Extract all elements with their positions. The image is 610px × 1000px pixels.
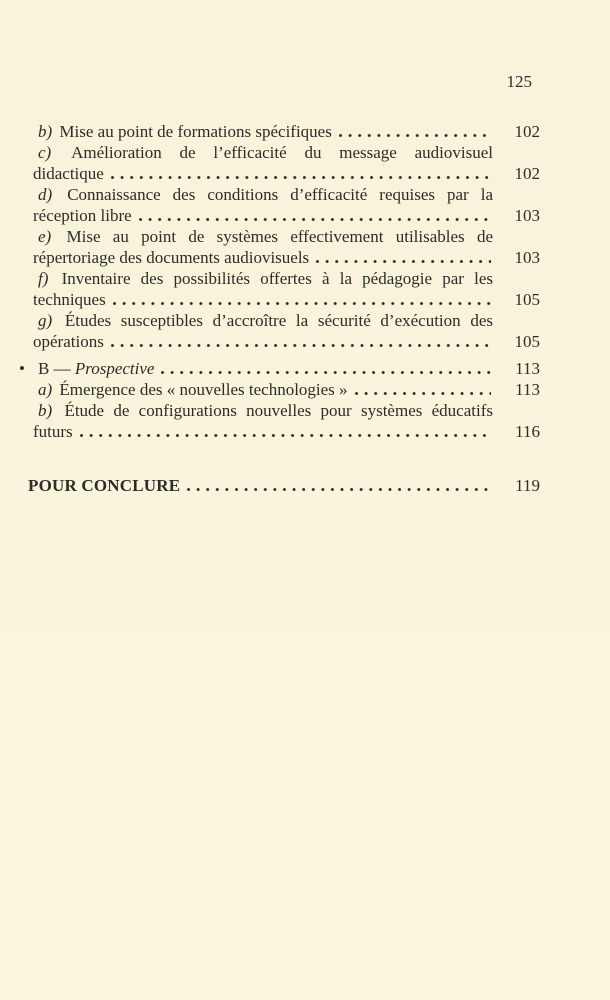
page-number: 116 bbox=[500, 421, 540, 442]
entry-text: opérations bbox=[33, 331, 104, 352]
page-number: 102 bbox=[500, 163, 540, 184]
toc-line: opérations105 bbox=[33, 331, 540, 352]
toc-line: g) Études susceptibles d’accroître la sé… bbox=[33, 310, 540, 331]
toc-line: futurs116 bbox=[33, 421, 540, 442]
toc-entry-b-formations: b) Mise au point de formations spécifiqu… bbox=[33, 121, 540, 142]
toc-line: a) Émergence des « nouvelles technologie… bbox=[33, 379, 540, 400]
entry-letter-marker: f) bbox=[38, 269, 48, 288]
entry-text: a) Émergence des « nouvelles technologie… bbox=[38, 379, 348, 400]
page-number: 103 bbox=[500, 247, 540, 268]
entry-text: didactique bbox=[33, 163, 104, 184]
dot-leader bbox=[80, 434, 491, 437]
dot-leader bbox=[316, 260, 491, 263]
toc-entry-a-emergence: a) Émergence des « nouvelles technologie… bbox=[33, 379, 540, 400]
toc-line: b) Mise au point de formations spécifiqu… bbox=[33, 121, 540, 142]
dot-leader bbox=[113, 302, 491, 305]
entry-text: b) Mise au point de formations spécifiqu… bbox=[38, 121, 332, 142]
entry-letter-marker: c) bbox=[38, 143, 51, 162]
toc-line: f) Inventaire des possibilités offertes … bbox=[33, 268, 540, 289]
entry-text: réception libre bbox=[33, 205, 132, 226]
page-header-number: 125 bbox=[507, 72, 533, 91]
page-number: 113 bbox=[500, 358, 540, 379]
toc-entry-b-prospective: •B — Prospective 113 bbox=[33, 358, 540, 379]
entry-letter-marker: e) bbox=[38, 227, 51, 246]
toc-line: •B — Prospective 113 bbox=[33, 358, 540, 379]
dot-leader bbox=[187, 488, 491, 491]
dot-leader bbox=[355, 392, 491, 395]
toc-line: techniques105 bbox=[33, 289, 540, 310]
entry-text: répertoriage des documents audiovisuels bbox=[33, 247, 309, 268]
toc-line: c) Amélioration de l’efficacité du messa… bbox=[33, 142, 540, 163]
toc-line: didactique102 bbox=[33, 163, 540, 184]
dot-leader bbox=[139, 218, 491, 221]
dot-leader bbox=[161, 371, 491, 374]
dot-leader bbox=[111, 344, 491, 347]
entry-text: futurs bbox=[33, 421, 73, 442]
entry-letter-marker: a) bbox=[38, 380, 52, 399]
toc-entry-b-etude: b) Étude de configurations nouvelles pou… bbox=[33, 400, 540, 442]
page-number: 103 bbox=[500, 205, 540, 226]
entry-text: POUR CONCLURE bbox=[28, 475, 180, 496]
toc-line: réception libre103 bbox=[33, 205, 540, 226]
entry-letter-marker: b) bbox=[38, 122, 52, 141]
page-header: 125 bbox=[0, 0, 610, 92]
scanned-book-page: 125 b) Mise au point de formations spéci… bbox=[0, 0, 610, 1000]
page-number: 105 bbox=[500, 331, 540, 352]
page-number: 119 bbox=[500, 475, 540, 496]
toc-list: b) Mise au point de formations spécifiqu… bbox=[33, 121, 540, 496]
toc-entry-e-mise-au-point: e) Mise au point de systèmes effectiveme… bbox=[33, 226, 540, 268]
page-number: 102 bbox=[500, 121, 540, 142]
dot-leader bbox=[339, 134, 491, 137]
toc-line: POUR CONCLURE119 bbox=[28, 475, 540, 496]
toc-line: b) Étude de configurations nouvelles pou… bbox=[33, 400, 540, 421]
toc-line: e) Mise au point de systèmes effectiveme… bbox=[33, 226, 540, 247]
entry-text: techniques bbox=[33, 289, 106, 310]
entry-letter-marker: d) bbox=[38, 185, 52, 204]
entry-italic-title: Prospective bbox=[75, 359, 155, 378]
toc-entry-d-connaissance: d) Connaissance des conditions d’efficac… bbox=[33, 184, 540, 226]
entry-text: B — Prospective bbox=[38, 358, 154, 379]
entry-letter-marker: b) bbox=[38, 401, 52, 420]
page-number: 105 bbox=[500, 289, 540, 310]
toc-line: d) Connaissance des conditions d’efficac… bbox=[33, 184, 540, 205]
toc-line: répertoriage des documents audiovisuels1… bbox=[33, 247, 540, 268]
toc-entry-c-amelioration: c) Amélioration de l’efficacité du messa… bbox=[33, 142, 540, 184]
dot-leader bbox=[111, 176, 491, 179]
entry-letter-marker: g) bbox=[38, 311, 52, 330]
toc-entry-g-etudes: g) Études susceptibles d’accroître la sé… bbox=[33, 310, 540, 352]
toc-entry-pour-conclure: POUR CONCLURE119 bbox=[28, 475, 540, 496]
toc-entry-f-inventaire: f) Inventaire des possibilités offertes … bbox=[33, 268, 540, 310]
bullet-icon: • bbox=[19, 358, 25, 379]
page-number: 113 bbox=[500, 379, 540, 400]
